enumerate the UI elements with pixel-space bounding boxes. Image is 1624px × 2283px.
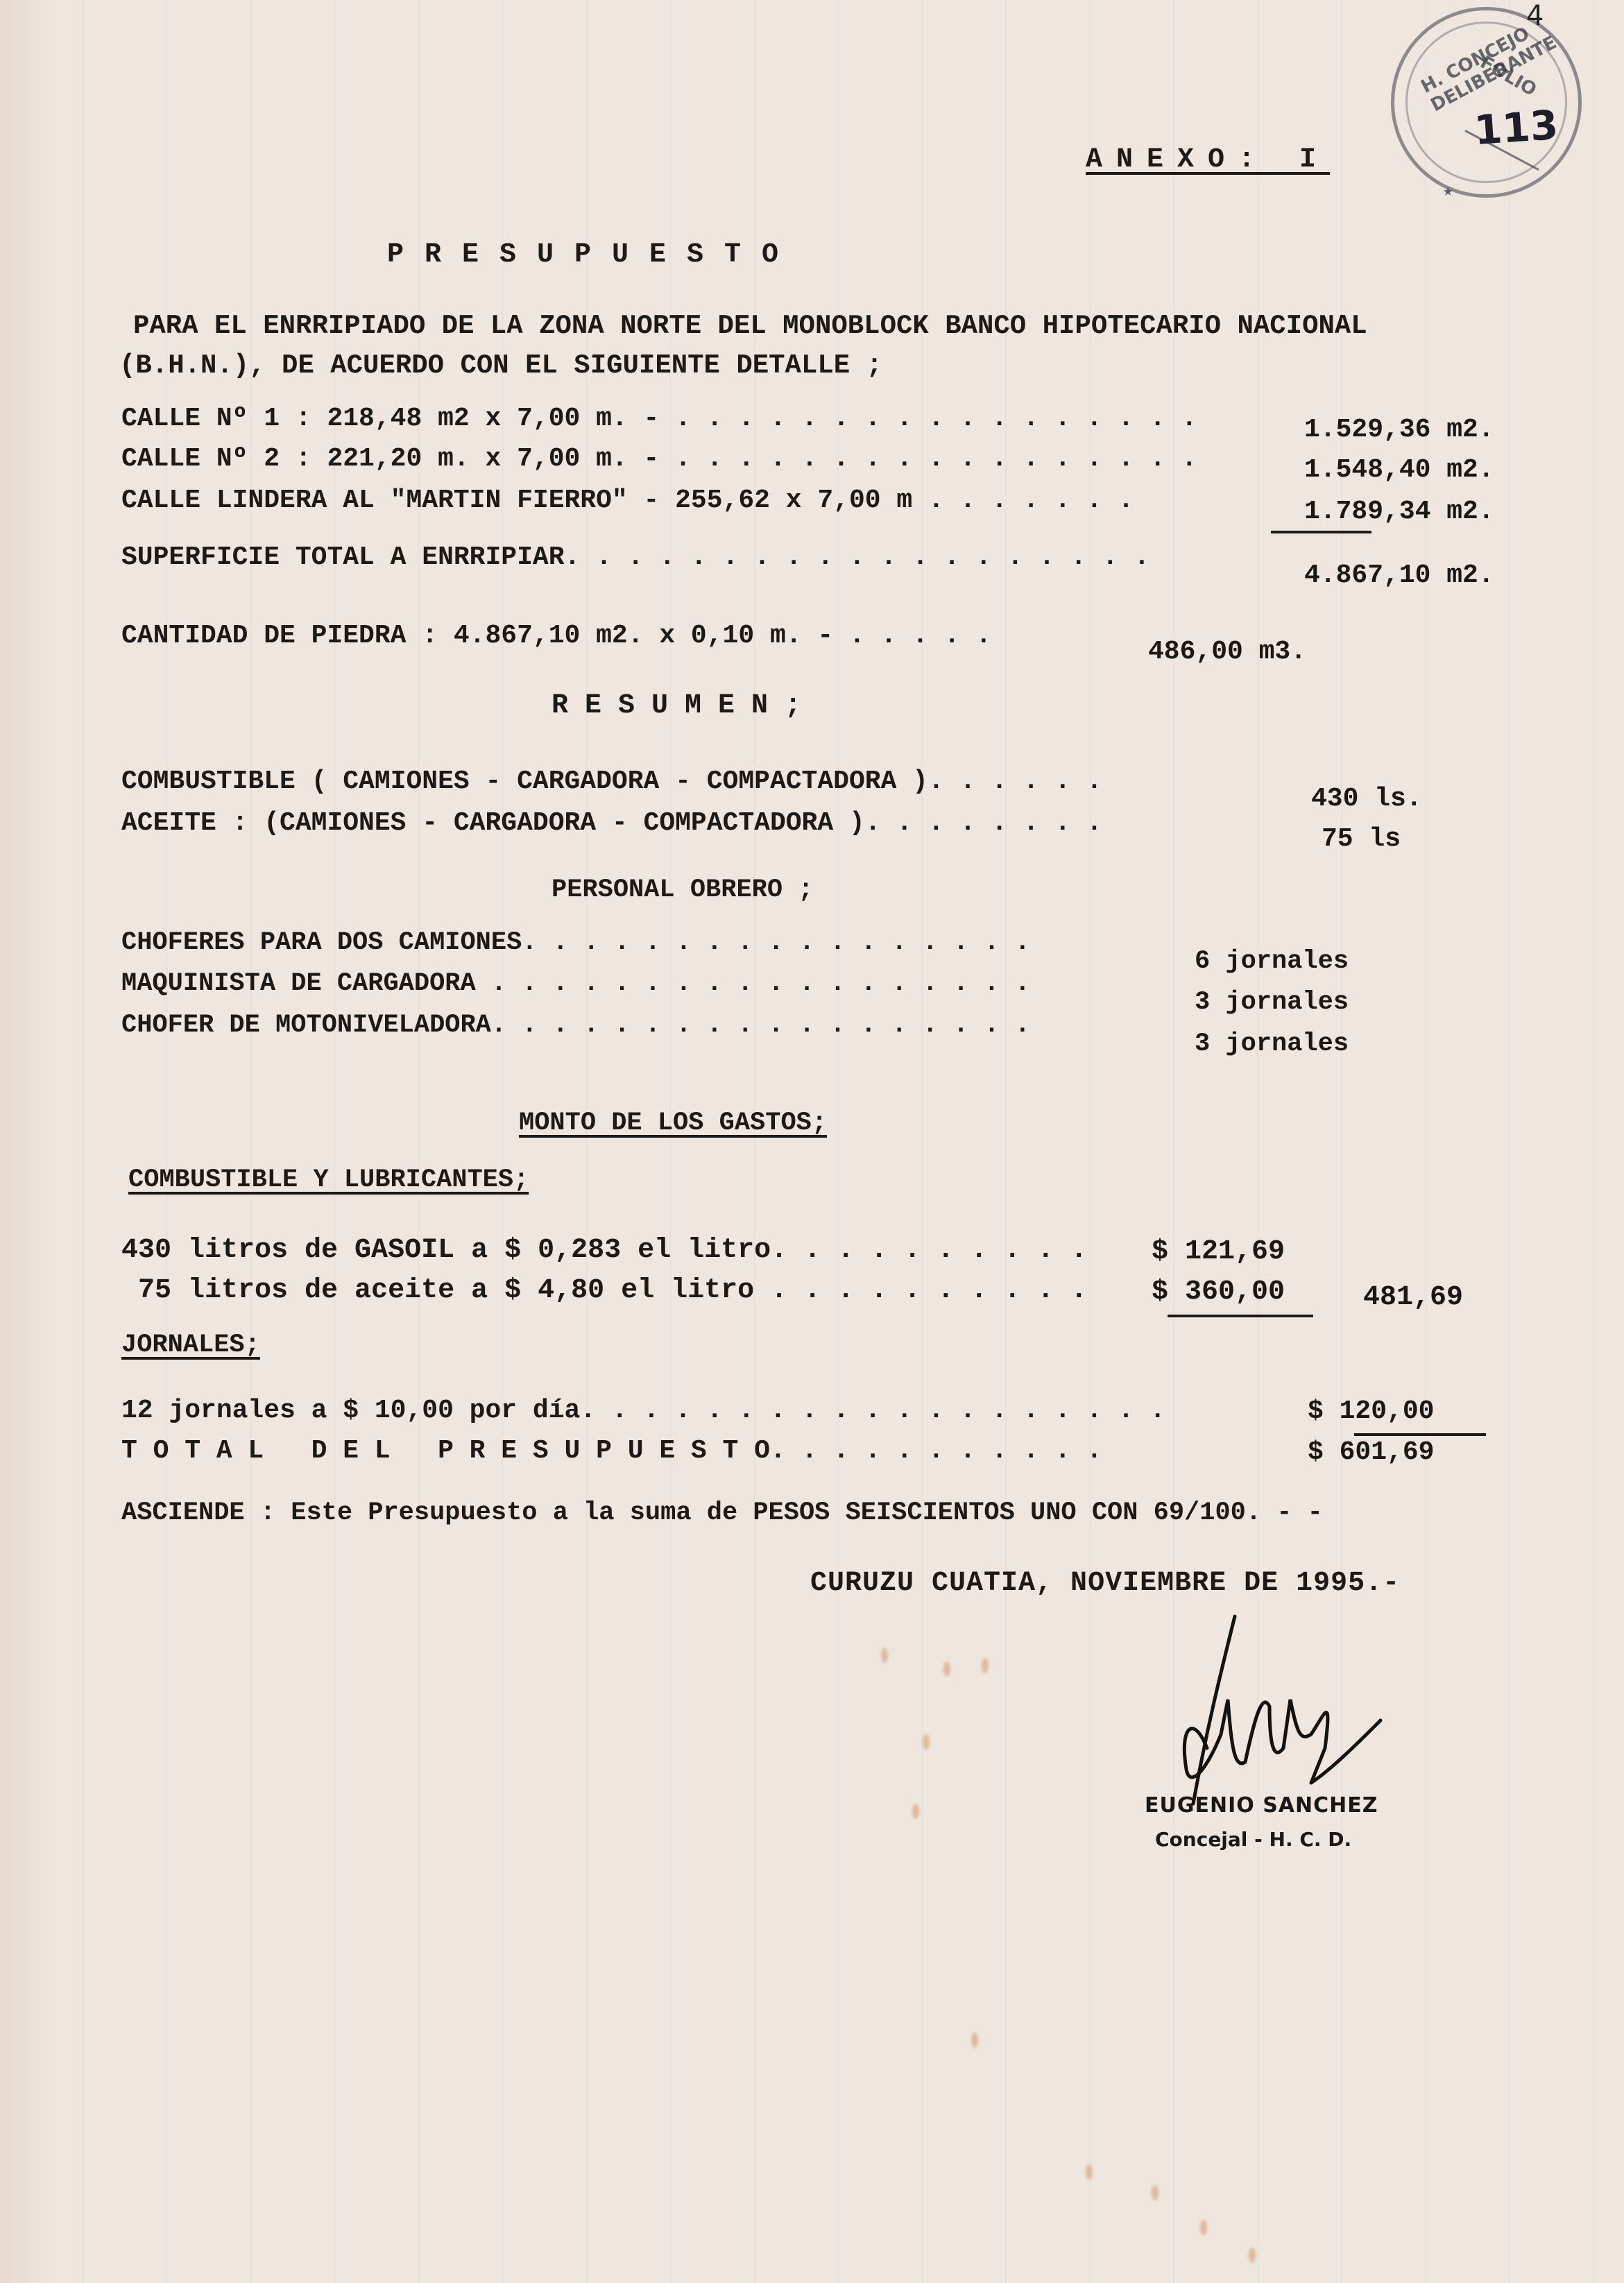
- stain-spot: [971, 2033, 978, 2048]
- personnel-row-1-label: CHOFERES PARA DOS CAMIONES. . . . . . . …: [121, 928, 1030, 957]
- stain-spot: [1249, 2248, 1256, 2263]
- personnel-row-3-label: CHOFER DE MOTONIVELADORA. . . . . . . . …: [121, 1011, 1030, 1040]
- fuel-row-1-label: 430 litros de GASOIL a $ 0,283 el litro.…: [121, 1235, 1087, 1266]
- total-amount: $ 601,69: [1308, 1437, 1434, 1467]
- expenses-title: MONTO DE LOS GASTOS;: [519, 1109, 827, 1138]
- summary-oil-label: ACEITE : (CAMIONES - CARGADORA - COMPACT…: [121, 808, 1102, 838]
- street-row-1-label: CALLE Nº 1 : 218,48 m2 x 7,00 m. - . . .…: [121, 404, 1197, 434]
- street-row-2-label: CALLE Nº 2 : 221,20 m. x 7,00 m. - . . .…: [121, 444, 1197, 474]
- fuel-row-2-label: 75 litros de aceite a $ 4,80 el litro . …: [121, 1275, 1087, 1306]
- street-row-3-value: 1.789,34 m2.: [1304, 497, 1494, 527]
- street-row-1-value: 1.529,36 m2.: [1304, 415, 1494, 445]
- personnel-row-1-value: 6 jornales: [1195, 947, 1349, 976]
- fuel-section-title: COMBUSTIBLE Y LUBRICANTES;: [128, 1165, 529, 1195]
- wages-rule: [1354, 1433, 1486, 1436]
- stone-quantity-value: 486,00 m3.: [1148, 637, 1306, 667]
- intro-line-1: PARA EL ENRRIPIADO DE LA ZONA NORTE DEL …: [133, 311, 1367, 341]
- wages-row-label: 12 jornales a $ 10,00 por día. . . . . .…: [121, 1396, 1165, 1426]
- signatory-role: Concejal - H. C. D.: [1155, 1828, 1351, 1851]
- stain-spot: [1200, 2220, 1207, 2235]
- stain-spot: [943, 1661, 950, 1677]
- street-row-2-value: 1.548,40 m2.: [1304, 455, 1494, 485]
- stain-spot: [923, 1734, 930, 1750]
- stain-spot: [1152, 2185, 1159, 2200]
- fuel-subtotal-rule: [1168, 1315, 1313, 1317]
- stain-spot: [881, 1648, 888, 1663]
- personnel-row-3-value: 3 jornales: [1195, 1029, 1349, 1059]
- personnel-row-2-label: MAQUINISTA DE CARGADORA . . . . . . . . …: [121, 969, 1030, 998]
- wages-row-amount: $ 120,00: [1308, 1396, 1434, 1426]
- annex-label: ANEXO: I: [1086, 144, 1330, 176]
- stain-spot: [912, 1804, 919, 1819]
- sum-rule: [1271, 531, 1371, 533]
- summary-fuel-label: COMBUSTIBLE ( CAMIONES - CARGADORA - COM…: [121, 767, 1102, 796]
- intro-line-2: (B.H.N.), DE ACUERDO CON EL SIGUIENTE DE…: [119, 350, 882, 381]
- stain-spot: [1086, 2164, 1093, 2180]
- total-label: T O T A L D E L P R E S U P U E S T O. .…: [121, 1436, 1102, 1466]
- document-title: PRESUPUESTO: [387, 239, 799, 271]
- fuel-row-2-amount: $ 360,00: [1152, 1276, 1285, 1308]
- personnel-row-2-value: 3 jornales: [1195, 988, 1349, 1017]
- handwritten-signature: [1152, 1609, 1401, 1818]
- corner-mark: 4: [1526, 0, 1544, 32]
- amount-in-words: ASCIENDE : Este Presupuesto a la suma de…: [121, 1498, 1323, 1528]
- place-date: CURUZU CUATIA, NOVIEMBRE DE 1995.-: [810, 1568, 1400, 1599]
- summary-fuel-value: 430 ls.: [1311, 784, 1422, 814]
- surface-total-value: 4.867,10 m2.: [1304, 561, 1494, 590]
- folio-number: 113: [1473, 101, 1560, 154]
- wages-section-title: JORNALES;: [121, 1331, 260, 1360]
- star-icon: ★: [1443, 180, 1453, 201]
- personnel-title: PERSONAL OBRERO ;: [552, 875, 813, 905]
- surface-total-label: SUPERFICIE TOTAL A ENRRIPIAR. . . . . . …: [121, 542, 1149, 572]
- stone-quantity-label: CANTIDAD DE PIEDRA : 4.867,10 m2. x 0,10…: [121, 621, 991, 651]
- fuel-row-1-amount: $ 121,69: [1152, 1236, 1285, 1267]
- fuel-subtotal: 481,69: [1363, 1282, 1463, 1313]
- summary-title: RESUMEN;: [552, 690, 818, 721]
- stain-spot: [982, 1658, 989, 1673]
- signatory-name: EUGENIO SANCHEZ: [1145, 1793, 1378, 1818]
- street-row-3-label: CALLE LINDERA AL "MARTIN FIERRO" - 255,6…: [121, 486, 1134, 515]
- summary-oil-value: 75 ls: [1322, 824, 1401, 854]
